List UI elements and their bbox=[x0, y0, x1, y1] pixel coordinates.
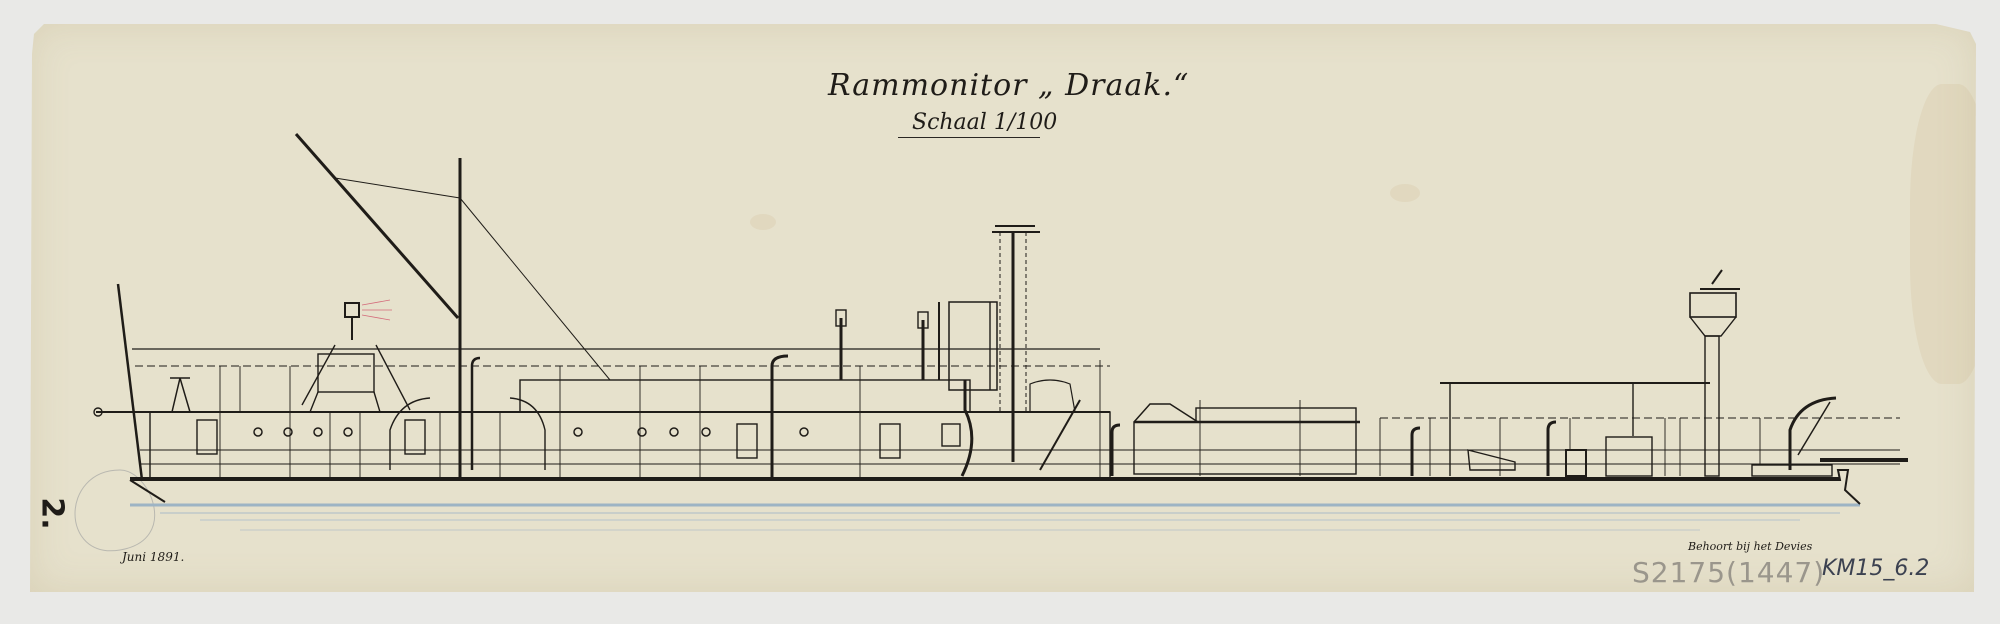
ship-elevation-drawing bbox=[0, 0, 2000, 624]
pencil-loop bbox=[75, 470, 155, 551]
